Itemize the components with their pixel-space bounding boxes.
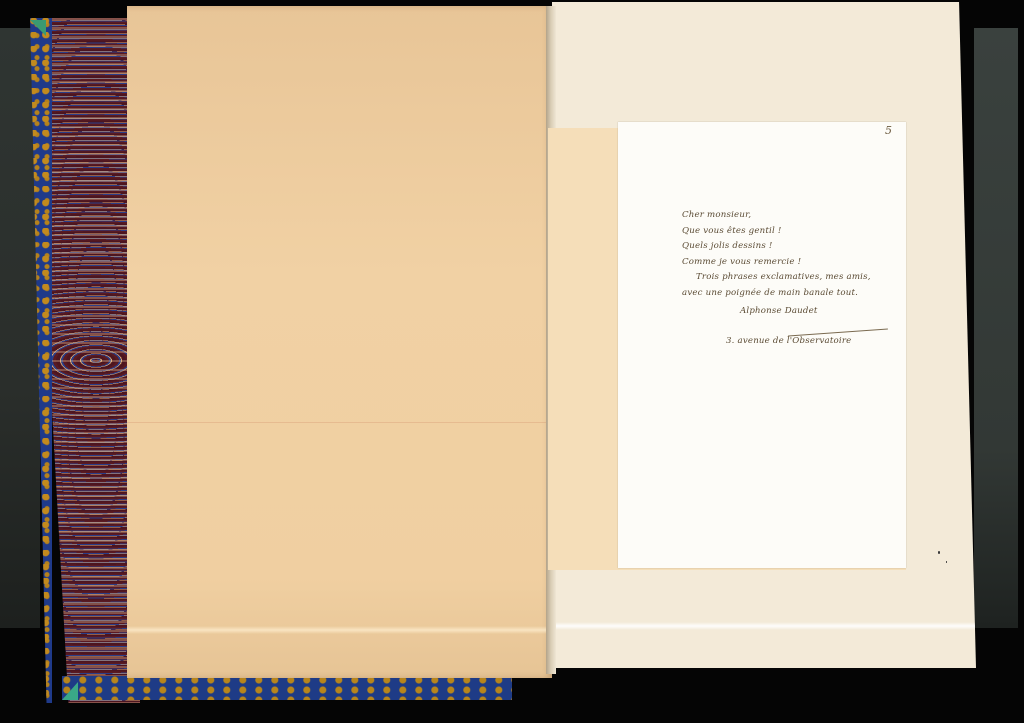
left-blank-page (127, 6, 552, 678)
page-fold (552, 622, 976, 630)
letter-line: Cher monsieur, (682, 208, 902, 224)
page-number: 5 (885, 124, 892, 137)
letter-text: Cher monsieur, Que vous êtes gentil ! Qu… (682, 208, 902, 349)
marbled-cover-bottom (62, 676, 512, 700)
page-crease (127, 422, 552, 423)
letter-line: Quels jolis dessins ! (682, 239, 902, 255)
signature: Alphonse Daudet (682, 304, 902, 320)
letter-line: Que vous êtes gentil ! (682, 224, 902, 240)
handwritten-letter: 5 Cher monsieur, Que vous êtes gentil ! … (618, 122, 906, 568)
paper-speck (938, 551, 940, 554)
page-fold (127, 626, 552, 634)
scanner-backdrop-right (974, 28, 1018, 628)
paper-speck (946, 561, 947, 563)
letter-line: Comme je vous remercie ! (682, 255, 902, 271)
letter-line: avec une poignée de main banale tout. (682, 286, 902, 302)
letter-line: Trois phrases exclamatives, mes amis, (682, 270, 902, 286)
